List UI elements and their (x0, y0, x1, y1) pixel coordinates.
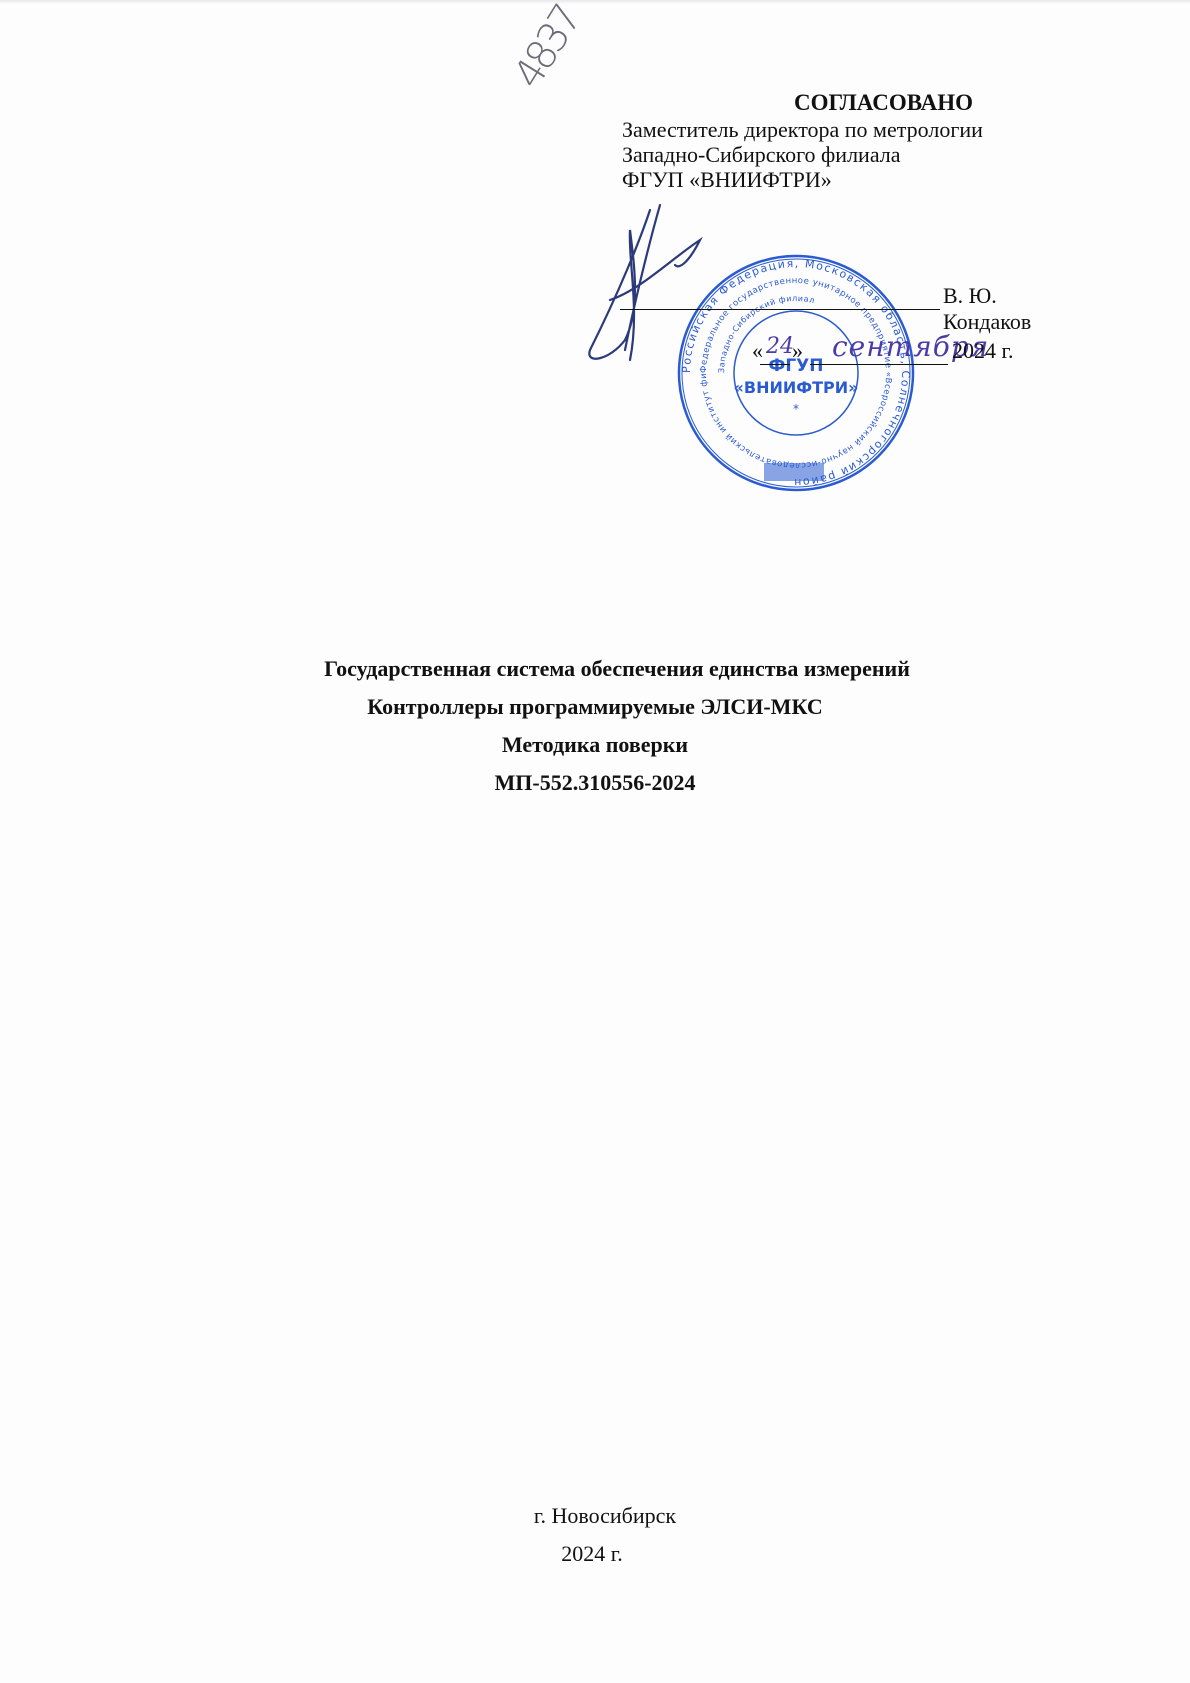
date-day-line (760, 364, 790, 365)
date-day-handwritten: 24 (766, 334, 794, 359)
approval-organization-line: ФГУП «ВНИИФТРИ» (622, 167, 1042, 192)
footer-year: 2024 г. (0, 1535, 1190, 1573)
date-open-quote: « (752, 338, 763, 364)
document-footer: г. Новосибирск 2024 г. (0, 1497, 1190, 1573)
title-system: Государственная система обеспечения един… (44, 650, 1190, 688)
signatory-name: В. Ю. Кондаков (943, 283, 1040, 335)
date-year: 2024 г. (952, 338, 1014, 364)
approval-branch-line: Западно-Сибирского филиала (622, 142, 1042, 167)
stamp-center-line2: «ВНИИФТРИ» (734, 378, 859, 397)
date-close-quote: » (792, 338, 803, 364)
approval-position-line: Заместитель директора по метрологии (622, 117, 1042, 142)
approval-heading: СОГЛАСОВАНО (794, 90, 1042, 115)
title-document-number: МП-552.310556-2024 (0, 764, 1190, 802)
signature-row: В. Ю. Кондаков (620, 283, 1040, 313)
approval-date: « 24 » сентября 2024 г. (752, 338, 1052, 368)
document-title-block: Государственная система обеспечения един… (0, 650, 1190, 802)
handwritten-registration-number: 4837 (505, 0, 589, 96)
svg-text:*: * (793, 402, 799, 416)
title-product: Контроллеры программируемые ЭЛСИ-МКС (0, 688, 1190, 726)
signature-line (620, 309, 940, 310)
footer-city: г. Новосибирск (20, 1497, 1190, 1535)
title-document-type: Методика поверки (0, 726, 1190, 764)
approval-block: СОГЛАСОВАНО Заместитель директора по мет… (622, 90, 1042, 192)
date-month-line (810, 364, 948, 365)
scan-page-edge (0, 0, 1190, 4)
